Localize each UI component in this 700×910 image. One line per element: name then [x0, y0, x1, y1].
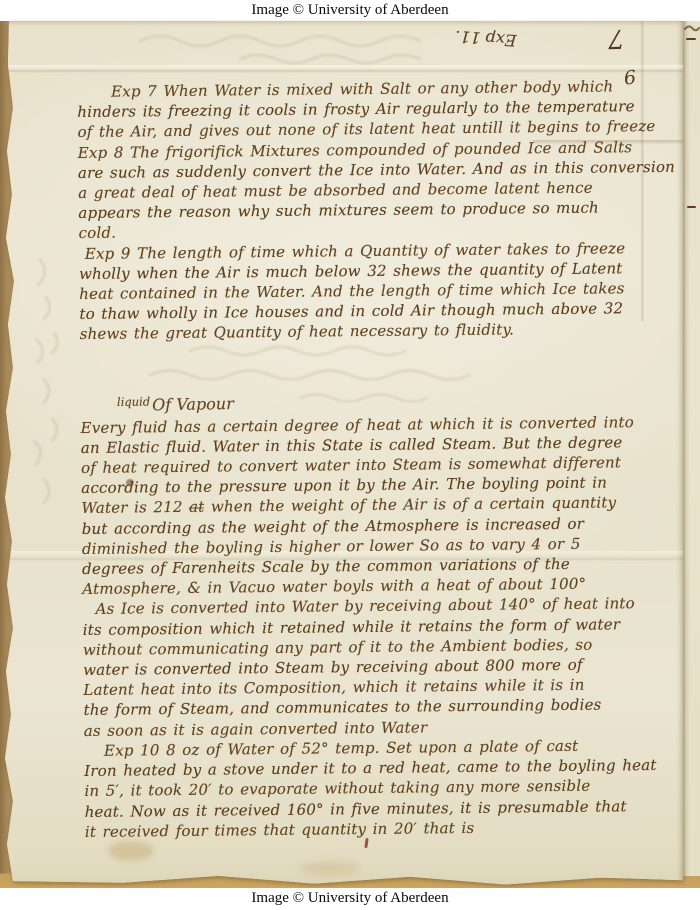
- adjacent-page-ink-marks: [683, 21, 700, 241]
- manuscript-body: Exp 7 When Water is mixed with Salt or a…: [77, 76, 667, 842]
- inverted-numeral-7: 7: [607, 23, 625, 54]
- manuscript-scan: Exp 11. 7 6 liquidOf Vapour Exp 7 When W…: [0, 21, 700, 888]
- manuscript-paragraph: Every fluid has a certain degree of heat…: [81, 412, 665, 600]
- scan-page: Image © University of Aberdeen: [0, 0, 700, 910]
- manuscript-paragraph: Exp 10 8 oz of Water of 52° temp. Set up…: [84, 735, 667, 842]
- manuscript-paragraph: Exp 8 The frigorifick Mixtures compounde…: [78, 137, 661, 244]
- adjacent-page-edge: [683, 21, 700, 876]
- manuscript-paragraph: Exp 7 When Water is mixed with Salt or a…: [77, 76, 660, 143]
- paper-shadow-wrap: Exp 11. 7 6 liquidOf Vapour Exp 7 When W…: [0, 21, 700, 888]
- manuscript-paragraph: As Ice is converted into Water by receiv…: [82, 593, 665, 741]
- red-ink-tick: [364, 838, 368, 848]
- foxing-stain: [108, 841, 154, 861]
- credit-line-top: Image © University of Aberdeen: [0, 0, 700, 21]
- foxing-stain: [300, 861, 360, 875]
- inverted-exp-11-note: Exp 11.: [454, 27, 517, 50]
- horizontal-fold-crease: [0, 65, 683, 73]
- manuscript-paper: Exp 11. 7 6 liquidOf Vapour Exp 7 When W…: [0, 21, 683, 888]
- credit-line-bottom: Image © University of Aberdeen: [0, 888, 700, 910]
- manuscript-paragraph: Exp 9 The length of time which a Quantit…: [79, 238, 662, 345]
